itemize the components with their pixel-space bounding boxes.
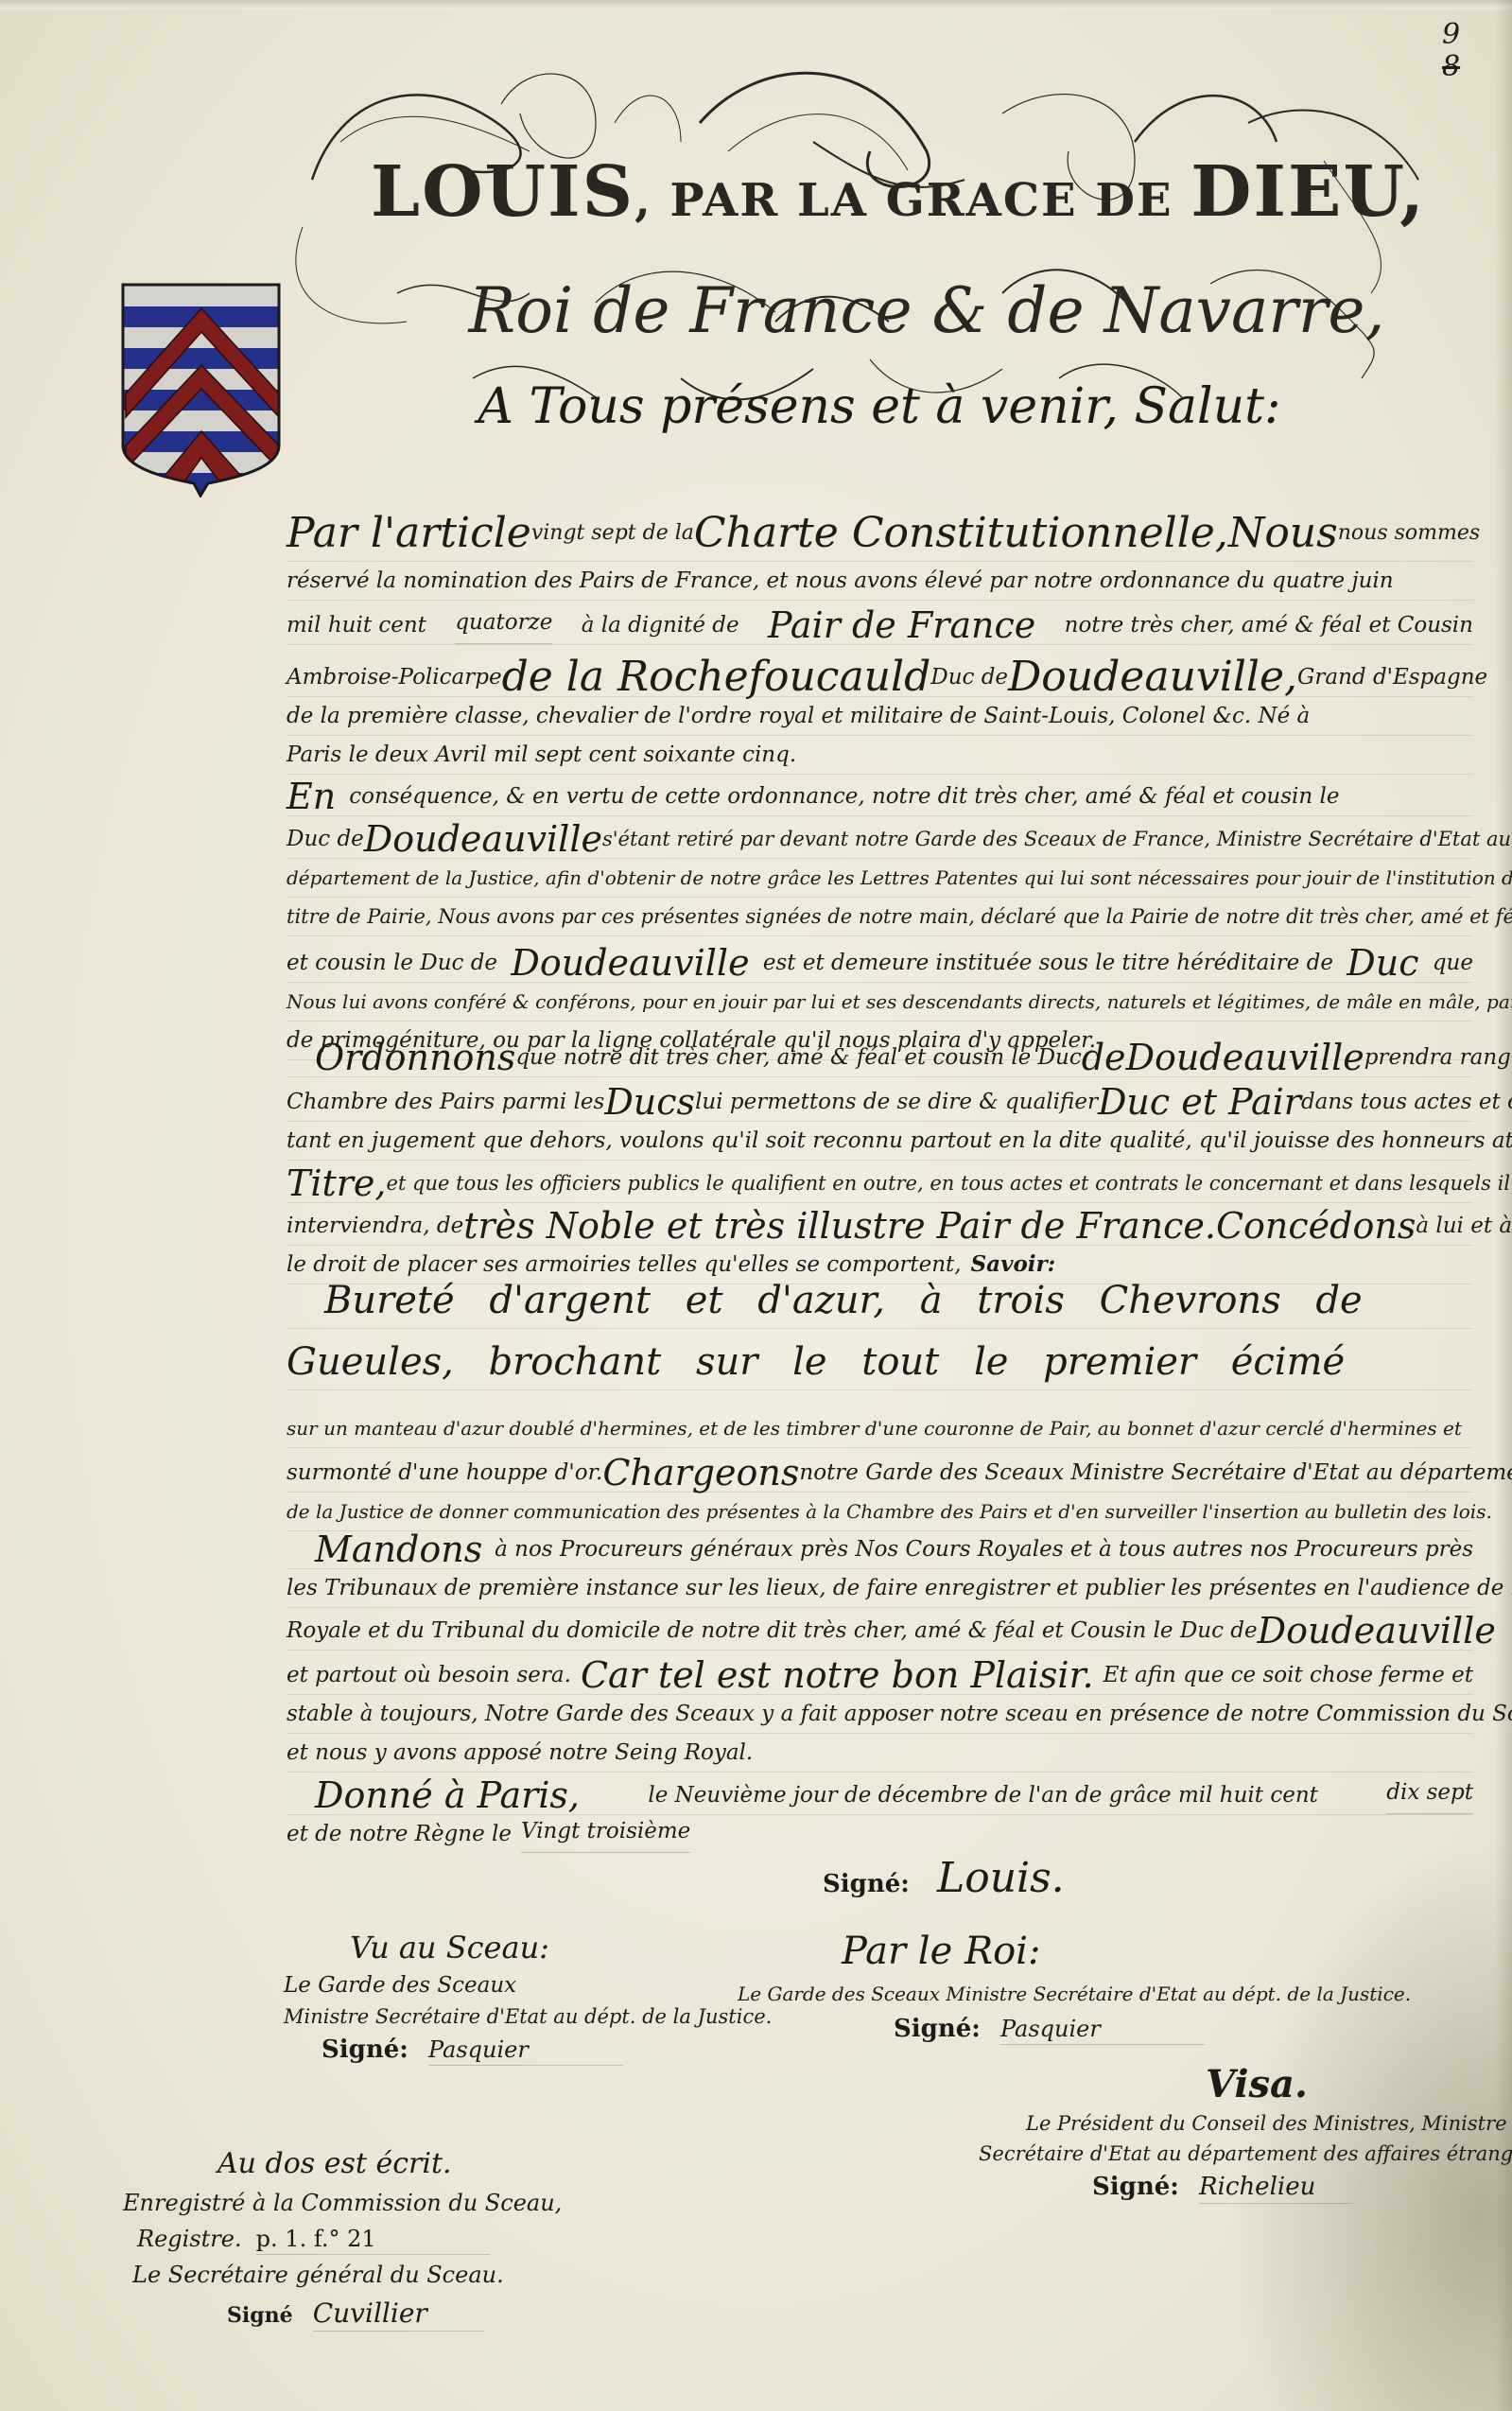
text-run: Vingt troisième	[521, 1812, 690, 1853]
text-run: s'étant retiré par devant notre Garde de…	[602, 820, 1511, 858]
text-line: département de la Justice, afin d'obteni…	[287, 859, 1473, 898]
blazon: Bureté d'argent et d'azur, à trois Chevr…	[287, 1267, 1473, 1390]
text-run: Par l'article	[287, 506, 531, 561]
text-run: tant en jugement que dehors, voulons qu'…	[287, 1122, 1512, 1160]
vu-au-sceau-block: Vu au Sceau: Le Garde des Sceaux Ministr…	[284, 1930, 772, 2064]
signature-name: Pasquier	[428, 2036, 623, 2066]
text-line: Royale et du Tribunal du domicile de not…	[287, 1608, 1473, 1651]
text-run: très Noble et très illustre Pair de Fran…	[463, 1207, 1216, 1245]
text-run: surmonté d'une houppe d'or.	[287, 1454, 602, 1492]
block-heading: Vu au Sceau:	[284, 1930, 772, 1965]
text-run: Grand d'Espagne	[1297, 658, 1487, 696]
block-heading: Par le Roi:	[738, 1930, 1411, 1973]
text-run: réservé la nomination des Pairs de Franc…	[287, 562, 1394, 600]
text-run: En	[287, 777, 336, 815]
text-run: notre Garde des Sceaux Ministre Secrétai…	[799, 1454, 1512, 1492]
text-run: Ambroise-Policarpe	[287, 658, 502, 696]
signature-name: Pasquier	[1000, 2016, 1205, 2045]
text-run: Car tel est notre bon Plaisir.	[581, 1656, 1094, 1694]
folio-number: 9 8	[1442, 19, 1460, 83]
par-le-roi-block: Par le Roi: Le Garde des Sceaux Ministre…	[738, 1930, 1411, 2043]
text-line: Ambroise-Policarpe de la Rochefoucauld D…	[287, 645, 1473, 697]
document-page: 9 8 LOUIS, PAR LA GRACE DE DIEU, Roi de …	[0, 0, 1512, 2411]
text-run: Paris le deux Avril mil sept cent soixan…	[287, 736, 796, 774]
folio-line-2: 8	[1442, 51, 1460, 83]
text-line: et cousin le Duc de Doudeauville est et …	[287, 936, 1473, 983]
text-run: vingt sept de la	[531, 506, 694, 561]
document-title: LOUIS, PAR LA GRACE DE DIEU,	[359, 151, 1437, 233]
text-line: Nous lui avons conféré & conférons, pour…	[287, 983, 1473, 1022]
title-grace: , PAR LA GRACE DE	[634, 174, 1190, 227]
signature-label: Signé:	[823, 1870, 910, 1898]
text-run: Duc	[1347, 944, 1418, 982]
block-line: Le Secrétaire général du Sceau.	[113, 2262, 562, 2288]
text-line: sur un manteau d'azur doublé d'hermines,…	[287, 1409, 1473, 1448]
text-run: Ordonnons	[287, 1039, 515, 1076]
text-run: notre très cher, amé & féal et Cousin	[1065, 606, 1473, 644]
title-louis: LOUIS	[371, 151, 634, 233]
paragraph-chargeons: sur un manteau d'azur doublé d'hermines,…	[287, 1409, 1473, 1531]
text-line: stable à toujours, Notre Garde des Sceau…	[287, 1695, 1473, 1734]
text-line: surmonté d'une houppe d'or. Chargeons no…	[287, 1448, 1473, 1493]
text-run: Nous lui avons conféré & conférons, pour…	[287, 983, 1512, 1021]
page-right-edge	[1495, 0, 1512, 2411]
text-line: Par l'article vingt sept de la Charte Co…	[287, 506, 1473, 562]
text-line: interviendra, de très Noble et très illu…	[287, 1203, 1473, 1246]
text-line: mil huit cent quatorze à la dignité de P…	[287, 601, 1473, 645]
text-run: de la Rochefoucauld	[502, 658, 931, 696]
text-run: nous sommes	[1338, 506, 1480, 561]
text-run: conséquence, & en vertu de cette ordonna…	[349, 777, 1473, 815]
text-run: sur un manteau d'azur doublé d'hermines,…	[287, 1409, 1462, 1447]
text-run: Titre,	[287, 1164, 387, 1202]
text-run: Doudeauville,	[1008, 658, 1297, 696]
text-run: de la première classe, chevalier de l'or…	[287, 697, 1310, 735]
registre-label: Registre.	[137, 2226, 242, 2252]
block-heading: Au dos est écrit.	[113, 2147, 562, 2180]
title-dieu: DIEU,	[1190, 151, 1426, 233]
text-line: réservé la nomination des Pairs de Franc…	[287, 562, 1473, 601]
text-run: les Tribunaux de première instance sur l…	[287, 1569, 1512, 1607]
text-line: les Tribunaux de première instance sur l…	[287, 1569, 1473, 1608]
text-run: est et demeure instituée sous le titre h…	[763, 944, 1333, 982]
text-run: Doudeauville	[1258, 1612, 1496, 1650]
registre-value: p. 1. f.° 21	[256, 2226, 490, 2255]
text-run: le Neuvième jour de décembre de l'an de …	[648, 1776, 1318, 1814]
text-run: Bureté d'argent et d'azur, à trois Chevr…	[324, 1273, 1363, 1328]
text-line: Gueules, brochant sur le tout le premier…	[287, 1329, 1473, 1390]
visa-block: Visa. Le Président du Conseil des Minist…	[979, 2062, 1512, 2201]
signature-label: Signé	[227, 2303, 293, 2328]
block-title: Secrétaire d'Etat au département des aff…	[979, 2142, 1512, 2165]
folio-line-1: 9	[1442, 19, 1460, 51]
text-run: de	[1082, 1039, 1126, 1076]
text-run: que	[1433, 944, 1473, 982]
text-run: Concédons	[1216, 1207, 1416, 1245]
text-run: interviendra, de	[287, 1207, 463, 1245]
text-run: à nos Procureurs généraux près Nos Cours…	[495, 1530, 1473, 1568]
paragraph-mandons: Mandons à nos Procureurs généraux près N…	[287, 1525, 1473, 1773]
text-line: et nous y avons apposé notre Seing Royal…	[287, 1734, 1473, 1773]
text-line: Donné à Paris, le Neuvième jour de décem…	[287, 1771, 1473, 1815]
text-line: Chambre des Pairs parmi les Ducs lui per…	[287, 1077, 1473, 1122]
text-run: Donné à Paris,	[287, 1776, 580, 1814]
paragraph-en-consequence: En conséquence, & en vertu de cette ordo…	[287, 774, 1473, 1060]
text-run: dix sept	[1386, 1773, 1473, 1814]
page-top-edge	[0, 0, 1512, 9]
block-title: Le Garde des Sceaux Ministre Secrétaire …	[738, 1983, 1411, 2005]
text-run: titre de Pairie, Nous avons par ces prés…	[287, 898, 1512, 935]
document-subtitle: Roi de France & de Navarre,	[397, 274, 1456, 347]
text-run: Duc de	[287, 820, 364, 858]
signature-label: Signé:	[894, 2015, 981, 2043]
text-run: Nous	[1228, 506, 1338, 561]
text-run: quatorze	[455, 603, 552, 644]
paragraph-charte: Par l'article vingt sept de la Charte Co…	[287, 506, 1473, 775]
block-title: Le Président du Conseil des Ministres, M…	[979, 2112, 1512, 2135]
text-run: dans tous actes et contrats,	[1301, 1083, 1512, 1121]
text-line: Paris le deux Avril mil sept cent soixan…	[287, 736, 1473, 775]
block-title: Le Garde des Sceaux	[284, 1973, 772, 1998]
text-line: Ordonnons que notre dit très cher, amé &…	[287, 1033, 1473, 1077]
text-line: Bureté d'argent et d'azur, à trois Chevr…	[287, 1267, 1473, 1329]
text-run: Duc et Pair	[1098, 1083, 1301, 1121]
text-run: Doudeauville	[364, 820, 602, 858]
text-run: lui permettons de se dire & qualifier	[695, 1083, 1098, 1121]
text-run: Charte Constitutionnelle,	[694, 506, 1228, 561]
text-line: tant en jugement que dehors, voulons qu'…	[287, 1122, 1473, 1161]
text-line: Duc de Doudeauville s'étant retiré par d…	[287, 816, 1473, 859]
text-run: et nous y avons apposé notre Seing Royal…	[287, 1734, 753, 1772]
au-dos-block: Au dos est écrit. Enregistré à la Commis…	[113, 2147, 562, 2329]
text-line: Mandons à nos Procureurs généraux près N…	[287, 1525, 1473, 1569]
text-run: Chambre des Pairs parmi les	[287, 1083, 604, 1121]
text-run: Doudeauville	[1126, 1039, 1364, 1076]
text-run: département de la Justice, afin d'obteni…	[287, 859, 1512, 897]
signature-name: Richelieu	[1199, 2173, 1353, 2204]
text-run: stable à toujours, Notre Garde des Sceau…	[287, 1695, 1512, 1733]
text-run: Chargeons	[602, 1454, 799, 1492]
signature-name: Cuvillier	[313, 2297, 484, 2332]
text-run: Doudeauville	[511, 944, 749, 982]
text-run: Et afin que ce soit chose ferme et	[1104, 1656, 1473, 1694]
text-run: et partout où besoin sera.	[287, 1656, 571, 1694]
text-line: Titre, et que tous les officiers publics…	[287, 1161, 1473, 1203]
signature-name: Louis.	[937, 1854, 1065, 1902]
text-run: et de notre Règne le	[287, 1815, 512, 1853]
text-line: titre de Pairie, Nous avons par ces prés…	[287, 898, 1473, 936]
text-run: à lui et à ses successeurs	[1416, 1207, 1512, 1245]
text-line: et de notre Règne le Vingt troisième	[287, 1815, 1473, 1853]
signature-label: Signé:	[1092, 2173, 1179, 2201]
paragraph-donne: Donné à Paris, le Neuvième jour de décem…	[287, 1771, 1473, 1853]
text-run: prendra rang à la	[1364, 1039, 1512, 1076]
text-line: de la première classe, chevalier de l'or…	[287, 697, 1473, 736]
text-run: Mandons	[287, 1530, 482, 1568]
text-run: à la dignité de	[582, 606, 739, 644]
king-signature: Signé: Louis.	[823, 1854, 1065, 1902]
text-run: Ducs	[604, 1083, 695, 1121]
text-line: et partout où besoin sera. Car tel est n…	[287, 1651, 1473, 1695]
salutation: A Tous présens et à venir, Salut:	[359, 378, 1399, 435]
text-run: Royale et du Tribunal du domicile de not…	[287, 1612, 1258, 1650]
block-heading: Visa.	[979, 2062, 1512, 2106]
text-run: Gueules, brochant sur le tout le premier…	[287, 1335, 1345, 1389]
text-run: et que tous les officiers publics le qua…	[387, 1164, 1511, 1202]
text-line: En conséquence, & en vertu de cette ordo…	[287, 774, 1473, 816]
text-run: Duc de	[930, 658, 1008, 696]
text-run: et cousin le Duc de	[287, 944, 497, 982]
text-run: Pair de France	[768, 606, 1035, 644]
signature-label: Signé:	[322, 2035, 408, 2064]
block-line: Enregistré à la Commission du Sceau,	[113, 2190, 562, 2216]
text-run: mil huit cent	[287, 606, 426, 644]
coat-of-arms-icon	[118, 280, 284, 498]
paragraph-ordonnons: Ordonnons que notre dit très cher, amé &…	[287, 1033, 1473, 1284]
block-title: Ministre Secrétaire d'Etat au dépt. de l…	[284, 2005, 772, 2028]
text-run: que notre dit très cher, amé & féal et c…	[515, 1039, 1081, 1076]
